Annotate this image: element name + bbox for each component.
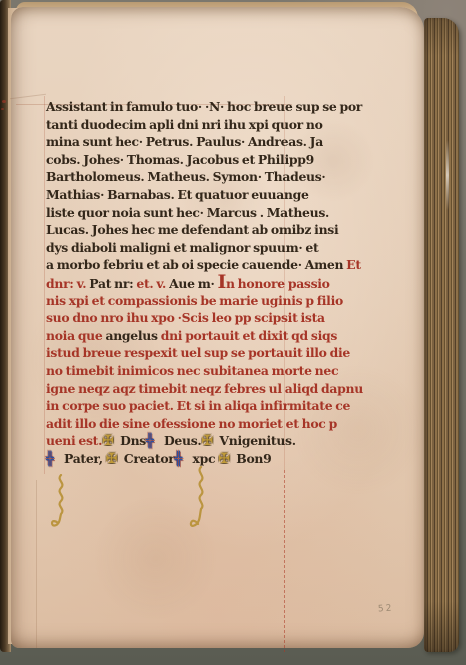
- manuscript-line: nis xpi et compassionis be marie uginis …: [46, 292, 293, 310]
- rubric-text: n honore passio: [226, 276, 330, 291]
- ink-text: Lucas. Johes hec me defendant ab omibz i…: [46, 222, 338, 237]
- rubric-text: igne neqz aqz timebit neqz febres ul ali…: [46, 381, 363, 396]
- rubric-text: noia que: [46, 328, 106, 343]
- manuscript-line: adit illo die sine ofessione no moriet e…: [46, 415, 293, 433]
- manuscript-line: a morbo febriu et ab oi specie cauende· …: [46, 256, 293, 274]
- gold-cross-icon: ✠: [218, 451, 233, 469]
- rubric-text: Et: [343, 257, 361, 272]
- blue-cross-icon: ╬: [46, 451, 61, 469]
- rubric-text: nis xpi et compassionis be marie uginis …: [46, 293, 343, 308]
- red-ink-speck: [1, 108, 4, 110]
- manuscript-line: Assistant in famulo tuo· ·N· hoc breue s…: [46, 98, 293, 116]
- ink-text: dys diaboli maligni et malignor spuum· e…: [46, 240, 318, 255]
- rubric-text: dni portauit et dixit qd siqs: [158, 328, 337, 343]
- rubric-text: istud breue respexit uel sup se portauit…: [46, 345, 350, 360]
- gold-cross-icon: ✠: [201, 433, 216, 451]
- ink-text: Dns: [117, 433, 146, 448]
- ink-text: mina sunt hec· Petrus. Paulus· Andreas. …: [46, 134, 323, 149]
- rubric-text: dnr: v.: [46, 276, 89, 291]
- ink-text: Deus.: [161, 433, 201, 448]
- manuscript-line: ueni est.✠ Dns╬ Deus.✠ Vnigenitus.: [46, 432, 293, 450]
- fore-edge-page-stack: [424, 18, 459, 652]
- blue-cross-icon: ╬: [146, 433, 161, 451]
- ink-text: xpc: [190, 451, 219, 466]
- ink-text: Assistant in famulo tuo· ·N· hoc breue s…: [46, 99, 362, 114]
- manuscript-line: dnr: v. Pat nr: et. v. Aue m· In honore …: [46, 274, 293, 292]
- ink-text: Creator: [121, 451, 175, 466]
- ink-text: cobs. Johes· Thomas. Jacobus et Philipp9: [46, 152, 314, 167]
- parchment-crease-lower: [36, 480, 37, 648]
- manuscript-photo: Assistant in famulo tuo· ·N· hoc breue s…: [0, 0, 466, 665]
- rubric-text: ueni est.: [46, 433, 102, 448]
- ink-text: angelus: [106, 328, 158, 343]
- ink-text: Bartholomeus. Matheus. Symon· Thadeus·: [46, 169, 325, 184]
- gold-cross-icon: ✠: [102, 433, 117, 451]
- rubric-text: no timebit inimicos nec subitanea morte …: [46, 363, 338, 378]
- manuscript-line: Bartholomeus. Matheus. Symon· Thadeus·: [46, 168, 293, 186]
- fore-edge-highlight: [446, 140, 449, 210]
- rubric-text: et. v.: [136, 276, 169, 291]
- manuscript-line: no timebit inimicos nec subitanea morte …: [46, 362, 293, 380]
- ruling-line-left: [44, 96, 45, 474]
- manuscript-line: dys diaboli maligni et malignor spuum· e…: [46, 239, 293, 257]
- ink-text: Mathias· Barnabas. Et quatuor euuange: [46, 187, 309, 202]
- gold-cross-icon: ✠: [106, 451, 121, 469]
- manuscript-line: tanti duodecim apli dni nri ihu xpi quor…: [46, 116, 293, 134]
- ruling-line-right-margin: [284, 470, 285, 652]
- ink-text: tanti duodecim apli dni nri ihu xpi quor…: [46, 117, 323, 132]
- manuscript-text-block: Assistant in famulo tuo· ·N· hoc breue s…: [46, 98, 293, 467]
- gold-pen-flourish-icon: [188, 466, 210, 532]
- manuscript-line: ╬ Pater, ✠ Creator╬ xpc ✠ Bon9: [46, 450, 293, 468]
- rubric-text: I: [218, 271, 226, 293]
- manuscript-line: in corpe suo paciet. Et si in aliqa infi…: [46, 397, 293, 415]
- manuscript-line: cobs. Johes· Thomas. Jacobus et Philipp9: [46, 151, 293, 169]
- manuscript-line: noia que angelus dni portauit et dixit q…: [46, 327, 293, 345]
- folio-pencil-mark: 52: [378, 603, 394, 614]
- manuscript-line: Lucas. Johes hec me defendant ab omibz i…: [46, 221, 293, 239]
- rubric-text: adit illo die sine ofessione no moriet e…: [46, 416, 337, 431]
- gold-pen-flourish-icon: [50, 474, 70, 528]
- manuscript-line: suo dno nro ihu xpo ·Scis leo pp scipsit…: [46, 309, 293, 327]
- ink-text: a morbo febriu et ab oi specie cauende· …: [46, 257, 343, 272]
- ink-text: Vnigenitus.: [216, 433, 295, 448]
- ink-text: Pater,: [61, 451, 106, 466]
- ink-text: liste quor noia sunt hec· Marcus . Mathe…: [46, 205, 329, 220]
- manuscript-line: igne neqz aqz timebit neqz febres ul ali…: [46, 380, 293, 398]
- ink-text: Pat nr:: [89, 276, 136, 291]
- rubric-text: in corpe suo paciet. Et si in aliqa infi…: [46, 398, 350, 413]
- manuscript-line: mina sunt hec· Petrus. Paulus· Andreas. …: [46, 133, 293, 151]
- ink-text: Bon9: [233, 451, 271, 466]
- manuscript-line: istud breue respexit uel sup se portauit…: [46, 344, 293, 362]
- red-ink-speck: [2, 100, 6, 103]
- ink-text: Aue m·: [169, 276, 217, 291]
- manuscript-line: liste quor noia sunt hec· Marcus . Mathe…: [46, 204, 293, 222]
- rubric-text: suo dno nro ihu xpo ·Scis leo pp scipsit…: [46, 310, 325, 325]
- manuscript-line: Mathias· Barnabas. Et quatuor euuange: [46, 186, 293, 204]
